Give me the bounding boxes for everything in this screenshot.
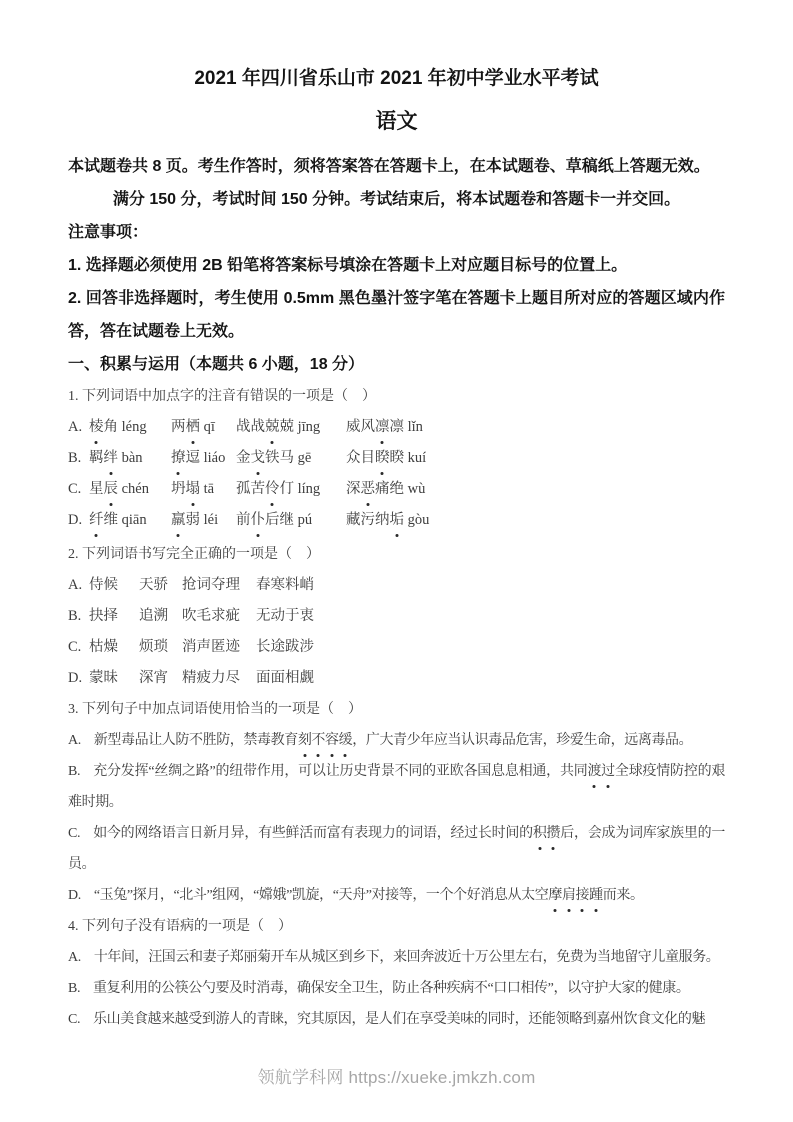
word-item: 两栖 qī	[171, 412, 236, 443]
word-item: 吹毛求疵	[182, 601, 256, 632]
question-4-option-a: A.十年间，汪国云和妻子郑丽菊开车从城区到乡下，来回奔波近十万公里左右，免费为当…	[68, 942, 725, 973]
page-title: 2021 年四川省乐山市 2021 年初中学业水平考试	[68, 66, 725, 92]
word-item: 战战兢兢 jīng	[236, 412, 346, 443]
option-text: 如今的网络语言日新月异，有些鲜活而富有表现力的词语，经过长时间的积攒后，会成为词…	[68, 826, 725, 872]
word-item: 抉择	[89, 601, 139, 632]
word-item: 枯燥	[89, 632, 139, 663]
word-item: 撩逗 liáo	[171, 443, 236, 474]
option-label: D.	[68, 505, 89, 536]
word-item: 金戈铁马 gē	[236, 443, 346, 474]
question-3-option-d: D.“玉兔”探月，“北斗”组网，“嫦娥”凯旋，“天舟”对接等，一个个好消息从太空…	[68, 880, 725, 911]
question-3-stem: 3. 下列句子中加点词语使用恰当的一项是（ ）	[68, 694, 725, 725]
question-1-option-b: B. 羁绊 bàn 撩逗 liáo 金戈铁马 gē 众目睽睽 kuí	[68, 443, 725, 474]
option-label: B.	[68, 443, 89, 474]
word-item: 深宵	[139, 663, 182, 694]
question-1-option-a: A. 棱角 léng 两栖 qī 战战兢兢 jīng 威风凛凛 lǐn	[68, 412, 725, 443]
word-item: 春寒料峭	[256, 570, 725, 601]
word-item: 消声匿迹	[182, 632, 256, 663]
attention-heading: 注意事项：	[68, 216, 725, 249]
watermark-site-url: 领航学科网 https://xueke.jmkzh.com	[0, 1063, 793, 1088]
option-label: B.	[68, 981, 80, 996]
option-label: D.	[68, 663, 89, 694]
word-item: 侍候	[89, 570, 139, 601]
word-item: 无动于衷	[256, 601, 725, 632]
question-1-option-d: D. 纤维 qiān 羸弱 léi 前仆后继 pú 藏污纳垢 gòu	[68, 505, 725, 536]
word-item: 众目睽睽 kuí	[346, 443, 725, 474]
attention-item-2: 2. 回答非选择题时，考生使用 0.5mm 黑色墨汁签字笔在答题卡上题目所对应的…	[68, 282, 725, 348]
word-item: 星辰 chén	[89, 474, 171, 505]
word-item: 威风凛凛 lǐn	[346, 412, 725, 443]
question-2-option-c: C. 枯燥 烦琐 消声匿迹 长途跋涉	[68, 632, 725, 663]
word-item: 棱角 léng	[89, 412, 171, 443]
notice-line-1: 本试题卷共 8 页。考生作答时，须将答案答在答题卡上，在本试题卷、草稿纸上答题无…	[68, 150, 725, 183]
option-label: B.	[68, 764, 80, 779]
option-label: A.	[68, 950, 81, 965]
question-2-stem: 2. 下列词语书写完全正确的一项是（ ）	[68, 539, 725, 570]
question-3-option-a: A.新型毒品让人防不胜防，禁毒教育刻不容缓，广大青少年应当认识毒品危害，珍爱生命…	[68, 725, 725, 756]
option-label: A.	[68, 733, 81, 748]
question-1-stem: 1. 下列词语中加点字的注音有错误的一项是（ ）	[68, 381, 725, 412]
word-item: 面面相觑	[256, 663, 725, 694]
option-label: A.	[68, 412, 89, 443]
word-item: 羸弱 léi	[171, 505, 236, 536]
question-3-option-c: C.如今的网络语言日新月异，有些鲜活而富有表现力的词语，经过长时间的积攒后，会成…	[68, 818, 725, 880]
option-text: 充分发挥“丝绸之路”的纽带作用，可以让历史背景不同的亚欧各国息息相通，共同渡过全…	[68, 764, 725, 810]
word-item: 羁绊 bàn	[89, 443, 171, 474]
notice-line-2: 满分 150 分，考试时间 150 分钟。考试结束后，将本试题卷和答题卡一并交回…	[68, 183, 725, 216]
word-item: 天骄	[139, 570, 182, 601]
question-2-option-a: A. 侍候 天骄 抢词夺理 春寒料峭	[68, 570, 725, 601]
attention-item-1: 1. 选择题必须使用 2B 铅笔将答案标号填涂在答题卡上对应题目标号的位置上。	[68, 249, 725, 282]
question-1-option-c: C. 星辰 chén 坍塌 tā 孤苦伶仃 líng 深恶痛绝 wù	[68, 474, 725, 505]
word-item: 纤维 qiān	[89, 505, 171, 536]
option-label: C.	[68, 826, 80, 841]
word-item: 精疲力尽	[182, 663, 256, 694]
option-text: 十年间，汪国云和妻子郑丽菊开车从城区到乡下，来回奔波近十万公里左右，免费为当地留…	[94, 950, 720, 965]
word-item: 抢词夺理	[182, 570, 256, 601]
word-item: 蒙昧	[89, 663, 139, 694]
question-1: 1. 下列词语中加点字的注音有错误的一项是（ ） A. 棱角 léng 两栖 q…	[68, 381, 725, 536]
word-item: 前仆后继 pú	[236, 505, 346, 536]
word-item: 长途跋涉	[256, 632, 725, 663]
question-4-stem: 4. 下列句子没有语病的一项是（ ）	[68, 911, 725, 942]
word-item: 孤苦伶仃 líng	[236, 474, 346, 505]
option-text: “玉兔”探月，“北斗”组网，“嫦娥”凯旋，“天舟”对接等，一个个好消息从太空摩肩…	[94, 888, 644, 903]
question-4-option-c: C.乐山美食越来越受到游人的青睐，究其原因，是人们在享受美味的同时，还能领略到嘉…	[68, 1004, 725, 1035]
subject-title: 语文	[68, 107, 725, 137]
option-label: B.	[68, 601, 89, 632]
question-2-option-b: B. 抉择 追溯 吹毛求疵 无动于衷	[68, 601, 725, 632]
word-item: 追溯	[139, 601, 182, 632]
question-3-option-b: B.充分发挥“丝绸之路”的纽带作用，可以让历史背景不同的亚欧各国息息相通，共同渡…	[68, 756, 725, 818]
exam-paper-page: 2021 年四川省乐山市 2021 年初中学业水平考试 语文 本试题卷共 8 页…	[0, 0, 793, 1122]
question-2: 2. 下列词语书写完全正确的一项是（ ） A. 侍候 天骄 抢词夺理 春寒料峭 …	[68, 539, 725, 694]
option-label: C.	[68, 1012, 80, 1027]
question-4-option-b: B.重复利用的公筷公勺要及时消毒，确保安全卫生，防止各种疾病不“口口相传”，以守…	[68, 973, 725, 1004]
option-text: 重复利用的公筷公勺要及时消毒，确保安全卫生，防止各种疾病不“口口相传”，以守护大…	[93, 981, 689, 996]
option-text: 乐山美食越来越受到游人的青睐，究其原因，是人们在享受美味的同时，还能领略到嘉州饮…	[93, 1012, 705, 1027]
question-3: 3. 下列句子中加点词语使用恰当的一项是（ ） A.新型毒品让人防不胜防，禁毒教…	[68, 694, 725, 911]
word-item: 坍塌 tā	[171, 474, 236, 505]
option-label: C.	[68, 474, 89, 505]
question-4: 4. 下列句子没有语病的一项是（ ） A.十年间，汪国云和妻子郑丽菊开车从城区到…	[68, 911, 725, 1035]
word-item: 深恶痛绝 wù	[346, 474, 725, 505]
option-label: A.	[68, 570, 89, 601]
option-label: D.	[68, 888, 81, 903]
section-heading: 一、积累与运用（本题共 6 小题，18 分）	[68, 348, 725, 381]
word-item: 烦琐	[139, 632, 182, 663]
exam-notice-block: 本试题卷共 8 页。考生作答时，须将答案答在答题卡上，在本试题卷、草稿纸上答题无…	[68, 150, 725, 381]
option-label: C.	[68, 632, 89, 663]
question-2-option-d: D. 蒙昧 深宵 精疲力尽 面面相觑	[68, 663, 725, 694]
word-item: 藏污纳垢 gòu	[346, 505, 725, 536]
option-text: 新型毒品让人防不胜防，禁毒教育刻不容缓，广大青少年应当认识毒品危害，珍爱生命，远…	[94, 733, 692, 748]
